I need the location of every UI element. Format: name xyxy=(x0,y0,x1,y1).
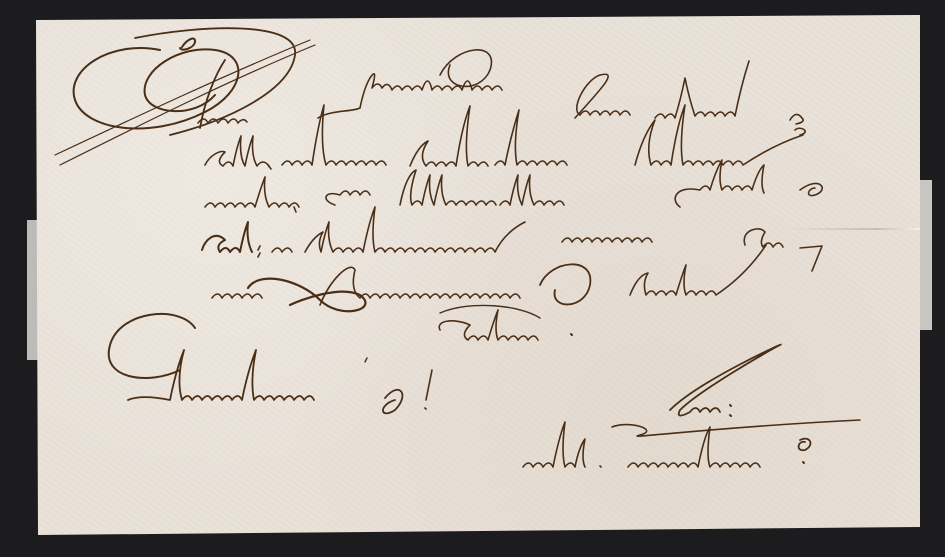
initial-flourish xyxy=(55,28,315,165)
address-line-6 xyxy=(439,305,572,340)
address-line-5 xyxy=(212,245,766,311)
franking-note xyxy=(612,345,860,437)
address-line-4 xyxy=(202,207,822,271)
handwriting-ink xyxy=(0,0,945,557)
franking-subnote xyxy=(523,422,810,467)
address-line-1 xyxy=(198,50,805,135)
address-line-3 xyxy=(205,160,822,212)
destination-text xyxy=(109,314,432,413)
